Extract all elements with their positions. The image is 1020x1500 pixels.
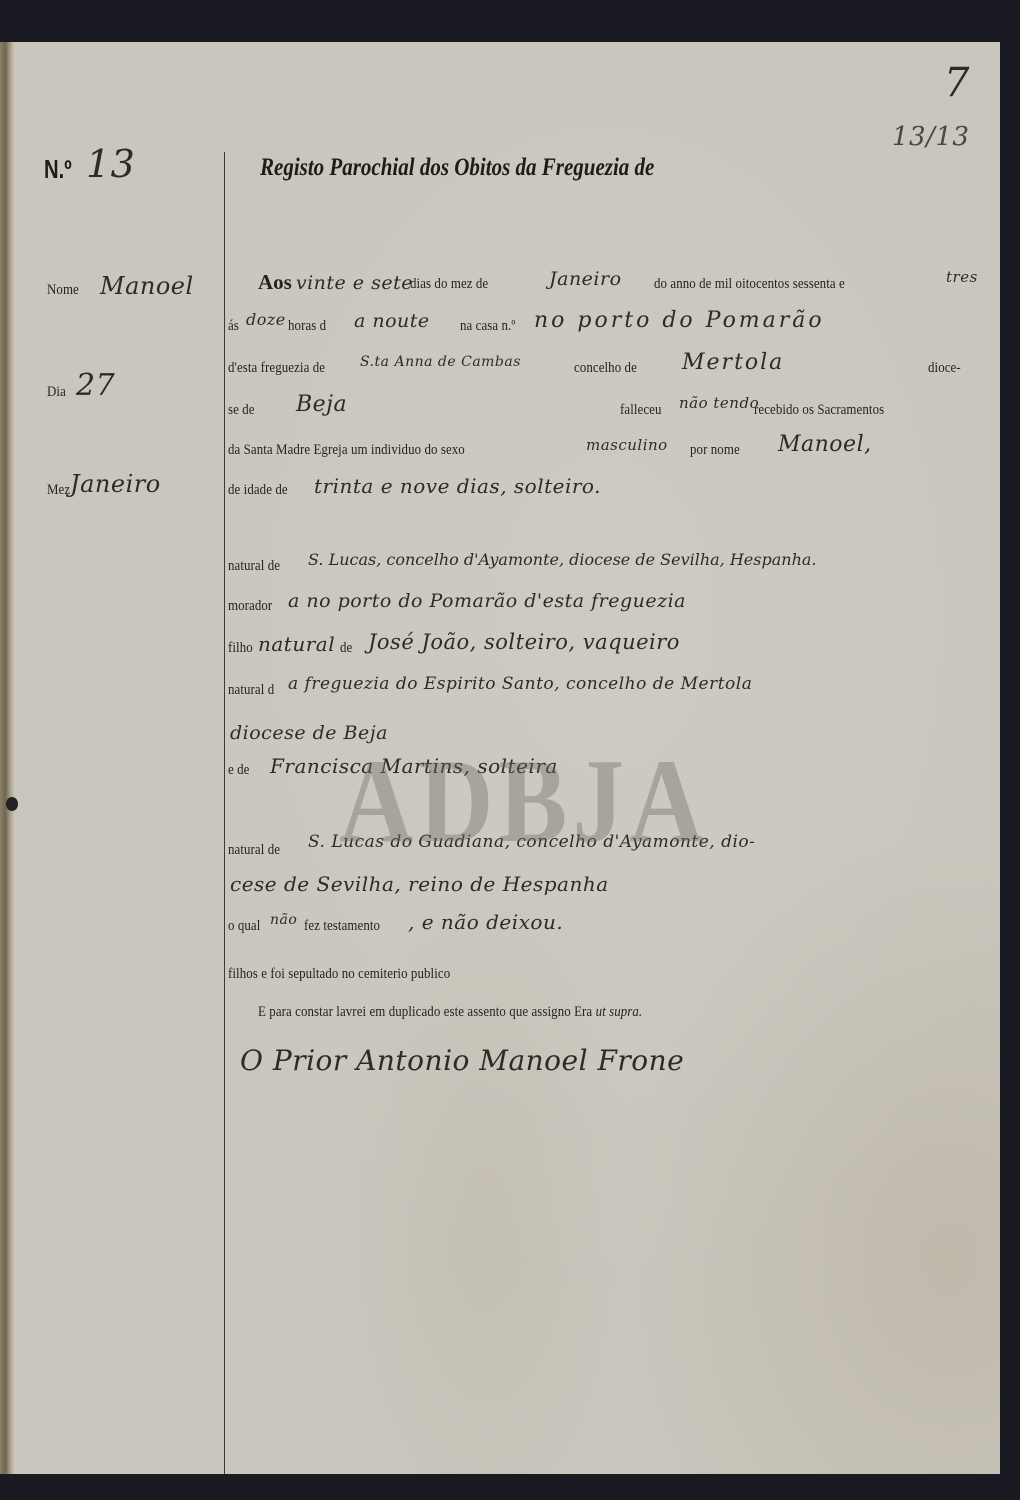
priest-signature: O Prior Antonio Manoel Frone bbox=[240, 1044, 684, 1077]
handwritten-text: Beja bbox=[296, 392, 347, 417]
printed-text: dias do mez de bbox=[410, 276, 488, 293]
nome-value: Manoel bbox=[100, 272, 194, 300]
printed-text: na casa n.º bbox=[460, 318, 515, 335]
printed-text: de idade de bbox=[228, 482, 288, 499]
printed-text: filhos e foi sepultado no cemiterio publ… bbox=[228, 966, 450, 983]
printed-text: concelho de bbox=[574, 360, 637, 377]
handwritten-text: , e não deixou. bbox=[408, 910, 563, 934]
printed-text: fez testamento bbox=[304, 918, 380, 935]
printed-text: filho bbox=[228, 640, 253, 657]
printed-text: Aos bbox=[258, 270, 292, 294]
printed-text: morador bbox=[228, 598, 272, 615]
handwritten-text: doze bbox=[246, 310, 286, 329]
printed-text: o qual bbox=[228, 918, 260, 935]
handwritten-text: a no porto do Pomarão d'esta freguezia bbox=[288, 590, 686, 612]
printed-text: da Santa Madre Egreja um individuo do se… bbox=[228, 442, 465, 459]
printed-text: do anno de mil oitocentos sessenta e bbox=[654, 276, 845, 293]
handwritten-text: natural bbox=[258, 632, 335, 656]
handwritten-text: cese de Sevilha, reino de Hespanha bbox=[230, 872, 609, 896]
handwritten-text: S. Lucas, concelho d'Ayamonte, diocese d… bbox=[308, 550, 817, 569]
entry-number-label: N.º bbox=[44, 154, 72, 185]
book-binding bbox=[0, 42, 14, 1474]
handwritten-text: S.ta Anna de Cambas bbox=[360, 354, 521, 370]
margin-divider bbox=[224, 152, 225, 1474]
page-number: 7 bbox=[944, 60, 970, 106]
printed-text: dioce- bbox=[928, 360, 961, 377]
dia-value: 27 bbox=[76, 368, 115, 403]
handwritten-text: Mertola bbox=[682, 350, 784, 375]
closing-line: E para constar lavrei em duplicado este … bbox=[258, 1004, 642, 1021]
printed-text: horas d bbox=[288, 318, 326, 335]
handwritten-text: a noute bbox=[354, 310, 430, 332]
handwritten-text: vinte e sete bbox=[296, 272, 413, 294]
handwritten-text: Janeiro bbox=[549, 268, 622, 290]
nome-label: Nome bbox=[47, 282, 79, 299]
handwritten-text: Manoel, bbox=[778, 432, 872, 457]
handwritten-text: não tendo bbox=[679, 394, 759, 412]
printed-text: falleceu bbox=[620, 402, 662, 419]
handwritten-text: tres bbox=[946, 268, 978, 286]
folio-mark: 13/13 bbox=[892, 122, 969, 152]
printed-text: por nome bbox=[690, 442, 740, 459]
printed-text: E para constar lavrei em duplicado este … bbox=[258, 1004, 592, 1020]
printed-text: recebido os Sacramentos bbox=[754, 402, 884, 419]
handwritten-text: José João, solteiro, vaqueiro bbox=[368, 630, 680, 654]
entry-number: 13 bbox=[86, 142, 135, 186]
printed-text: natural d bbox=[228, 682, 274, 699]
handwritten-text: trinta e nove dias, solteiro. bbox=[314, 474, 601, 498]
line-1: Aos vinte e sete bbox=[258, 270, 413, 295]
handwritten-text: não bbox=[270, 912, 297, 928]
archive-watermark: ADBJA bbox=[339, 732, 709, 870]
document-page: 7 13/13 N.º 13 Registo Parochial dos Obi… bbox=[14, 42, 1000, 1474]
printed-text: natural de bbox=[228, 558, 280, 575]
printed-text: de bbox=[340, 640, 352, 657]
page-title: Registo Parochial dos Obitos da Freguezi… bbox=[260, 154, 654, 182]
handwritten-text: no porto do Pomarão bbox=[534, 308, 825, 333]
printed-text: e de bbox=[228, 762, 249, 779]
handwritten-text: a freguezia do Espirito Santo, concelho … bbox=[288, 674, 752, 694]
mez-value: Janeiro bbox=[70, 470, 161, 498]
printed-text: natural de bbox=[228, 842, 280, 859]
printed-text: d'esta freguezia de bbox=[228, 360, 325, 377]
mez-label: Mez bbox=[47, 482, 70, 499]
ink-spot bbox=[6, 797, 18, 811]
dia-label: Dia bbox=[47, 384, 66, 401]
printed-italic-text: ut supra. bbox=[596, 1004, 643, 1020]
printed-text: ás bbox=[228, 318, 239, 335]
printed-text: se de bbox=[228, 402, 255, 419]
handwritten-text: masculino bbox=[586, 436, 668, 454]
